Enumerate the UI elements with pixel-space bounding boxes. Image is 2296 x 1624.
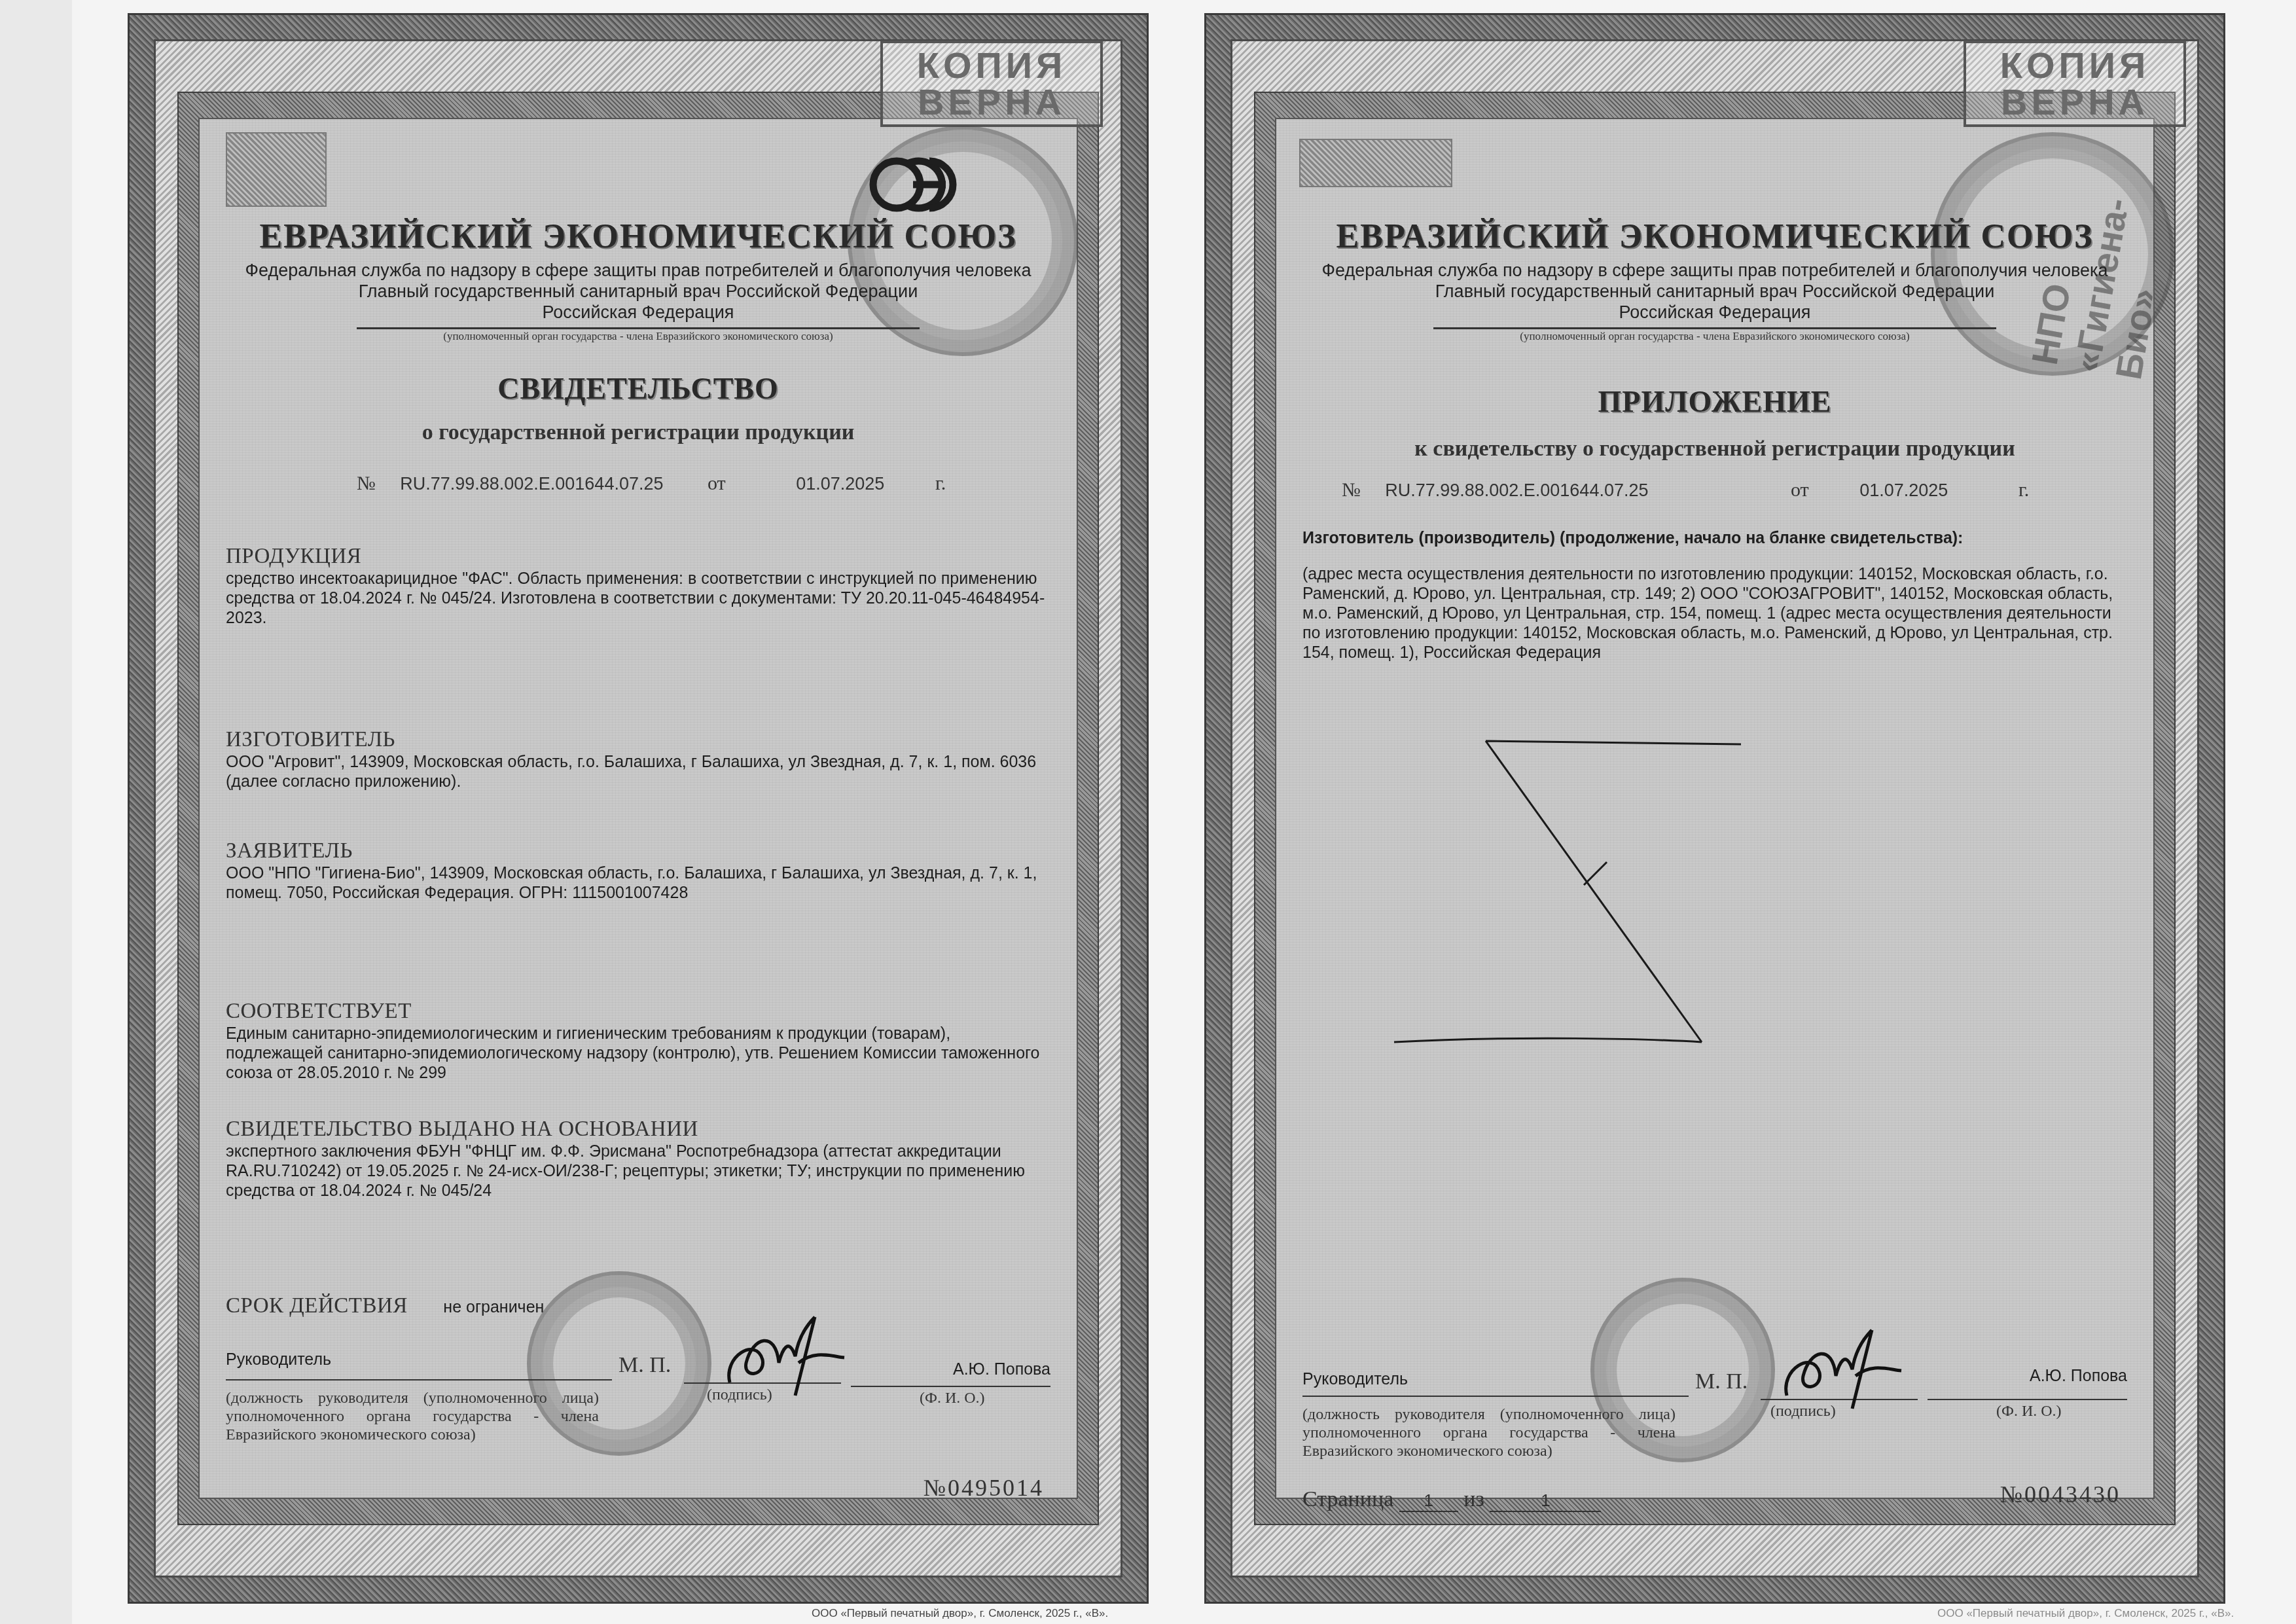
number-label: №: [1342, 479, 1361, 501]
stamp-place-label: М. П.: [619, 1353, 671, 1378]
agency-name-block: Федеральная служба по надзору в сфере за…: [1276, 260, 2153, 323]
section-heading: ИЗГОТОВИТЕЛЬ: [226, 728, 1050, 752]
agency-caption: (уполномоченный орган государства - член…: [1276, 330, 2153, 343]
section-complies: СООТВЕТСТВУЕТ Единым санитарно-эпидемиол…: [226, 1000, 1050, 1083]
section-heading: СООТВЕТСТВУЕТ: [226, 1000, 1050, 1024]
agency-line: Федеральная служба по надзору в сфере за…: [200, 260, 1077, 281]
section-product: ПРОДУКЦИЯ средство инсектоакарицидное "Ф…: [226, 545, 1050, 628]
eaeu-logo-icon: [867, 152, 959, 217]
document-subtitle: о государственной регистрации продукции: [200, 420, 1077, 445]
section-applicant: ЗАЯВИТЕЛЬ ООО "НПО "Гигиена-Био", 143909…: [226, 839, 1050, 903]
section-text: экспертного заключения ФБУН "ФНЦГ им. Ф.…: [226, 1142, 1050, 1200]
position-line: [1302, 1396, 1689, 1397]
head-label: Руководитель: [226, 1350, 331, 1369]
copy-certified-stamp: КОПИЯ ВЕРНА: [1964, 41, 2186, 127]
registration-number: RU.77.99.88.002.E.001644.07.25: [400, 474, 663, 494]
official-name: А.Ю. Попова: [953, 1360, 1050, 1379]
position-caption: (должность руководителя (уполномоченного…: [226, 1389, 599, 1444]
page-current: 1: [1399, 1490, 1458, 1512]
stamp-line-1: КОПИЯ: [893, 47, 1090, 84]
agency-name-block: Федеральная служба по надзору в сфере за…: [200, 260, 1077, 323]
document-title: ПРИЛОЖЕНИЕ: [1276, 384, 2153, 419]
year-suffix: г.: [935, 473, 946, 494]
section-heading: ПРОДУКЦИЯ: [226, 545, 1050, 569]
section-heading: СВИДЕТЕЛЬСТВО ВЫДАНО НА ОСНОВАНИИ: [226, 1117, 1050, 1142]
page-label: Страница: [1302, 1487, 1393, 1511]
section-basis: СВИДЕТЕЛЬСТВО ВЫДАНО НА ОСНОВАНИИ экспер…: [226, 1117, 1050, 1200]
number-label: №: [357, 473, 376, 494]
head-label: Руководитель: [1302, 1369, 1408, 1389]
date-label: от: [708, 473, 726, 494]
registration-number: RU.77.99.88.002.E.001644.07.25: [1385, 480, 1648, 500]
section-text: ООО "НПО "Гигиена-Био", 143909, Московск…: [226, 863, 1050, 903]
form-serial-number: №0043430: [2000, 1481, 2121, 1508]
section-heading: ЗАЯВИТЕЛЬ: [226, 839, 1050, 863]
scan-margin-left: [0, 0, 72, 1624]
agency-line: Российская Федерация: [1276, 302, 2153, 323]
manufacturer-heading: Изготовитель (производитель) (продолжени…: [1302, 528, 2127, 548]
agency-line: Главный государственный санитарный врач …: [1276, 281, 2153, 302]
divider: [1433, 327, 1996, 329]
registration-number-row: № RU.77.99.88.002.E.001644.07.25 от 01.0…: [357, 473, 946, 495]
position-caption: (должность руководителя (уполномоченного…: [1302, 1405, 1676, 1460]
name-caption: (Ф. И. О.): [1996, 1402, 2062, 1420]
stamp-line-2: ВЕРНА: [893, 84, 1090, 120]
document-title: СВИДЕТЕЛЬСТВО: [200, 371, 1077, 406]
section-text: ООО "Агровит", 143909, Московская област…: [226, 752, 1050, 791]
position-line: [226, 1379, 612, 1380]
stamp-line-1: КОПИЯ: [1977, 47, 2173, 84]
signature-caption: (подпись): [707, 1386, 772, 1404]
agency-line: Федеральная служба по надзору в сфере за…: [1276, 260, 2153, 281]
union-title: ЕВРАЗИЙСКИЙ ЭКОНОМИЧЕСКИЙ СОЮЗ: [200, 217, 1077, 256]
registration-date: 01.07.2025: [796, 474, 884, 494]
registration-number-row: № RU.77.99.88.002.E.001644.07.25 от 01.0…: [1342, 479, 2029, 501]
agency-line: Российская Федерация: [200, 302, 1077, 323]
section-text: Единым санитарно-эпидемиологическим и ги…: [226, 1024, 1050, 1083]
printer-credit: ООО «Первый печатный двор», г. Смоленск,…: [812, 1607, 1108, 1620]
appendix-sheet: КОПИЯ ВЕРНА НПО «Гигиена-Био» ЕВРАЗИЙСКИ…: [1275, 118, 2155, 1499]
union-title: ЕВРАЗИЙСКИЙ ЭКОНОМИЧЕСКИЙ СОЮЗ: [1276, 217, 2153, 256]
cancellation-mark-icon: [1388, 734, 1754, 1062]
appendix-page: КОПИЯ ВЕРНА НПО «Гигиена-Био» ЕВРАЗИЙСКИ…: [1204, 13, 2225, 1604]
page-of-label: из: [1463, 1487, 1484, 1511]
form-serial-number: №0495014: [924, 1474, 1044, 1502]
section-manufacturer: ИЗГОТОВИТЕЛЬ ООО "Агровит", 143909, Моск…: [226, 728, 1050, 791]
printer-credit: ООО «Первый печатный двор», г. Смоленск,…: [1937, 1607, 2234, 1620]
validity-row: СРОК ДЕЙСТВИЯ не ограничен: [226, 1294, 544, 1318]
certificate-page: КОПИЯ ВЕРНА ЕВРАЗИЙСКИЙ ЭКОНОМИЧЕСКИЙ СО…: [128, 13, 1149, 1604]
manufacturer-text: (адрес места осуществления деятельности …: [1302, 564, 2127, 662]
validity-label: СРОК ДЕЙСТВИЯ: [226, 1294, 408, 1318]
document-subtitle: к свидетельству о государственной регист…: [1276, 437, 2153, 461]
validity-value: не ограничен: [443, 1298, 544, 1316]
registration-date: 01.07.2025: [1859, 480, 1948, 500]
date-label: от: [1791, 479, 1809, 501]
security-pattern: [226, 132, 327, 207]
divider: [357, 327, 920, 329]
security-pattern: [1299, 139, 1452, 187]
agency-line: Главный государственный санитарный врач …: [200, 281, 1077, 302]
signature-caption: (подпись): [1770, 1402, 1836, 1420]
name-line: [851, 1386, 1050, 1387]
signature-icon: [1774, 1310, 1905, 1415]
name-caption: (Ф. И. О.): [920, 1389, 985, 1407]
section-text: средство инсектоакарицидное "ФАС". Облас…: [226, 569, 1050, 628]
stamp-place-label: М. П.: [1695, 1369, 1748, 1394]
page-total: 1: [1490, 1490, 1601, 1512]
page-counter: Страница 1 из 1: [1302, 1487, 1601, 1512]
agency-caption: (уполномоченный орган государства - член…: [200, 330, 1077, 343]
stamp-line-2: ВЕРНА: [1977, 84, 2173, 120]
copy-certified-stamp: КОПИЯ ВЕРНА: [880, 41, 1103, 127]
year-suffix: г.: [2018, 479, 2029, 501]
name-line: [1928, 1399, 2127, 1400]
certificate-sheet: КОПИЯ ВЕРНА ЕВРАЗИЙСКИЙ ЭКОНОМИЧЕСКИЙ СО…: [198, 118, 1078, 1499]
official-name: А.Ю. Попова: [2030, 1366, 2127, 1386]
